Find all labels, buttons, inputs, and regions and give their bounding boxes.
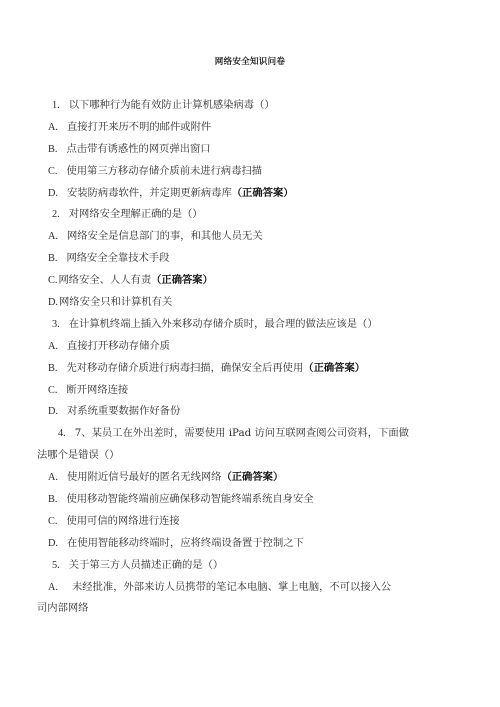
question-number: 4. xyxy=(58,423,66,445)
question-1-option-c: C.使用第三方移动存储介质前未进行病毒扫描 xyxy=(0,161,500,183)
option-text: 点击带有诱惑性的网页弹出窗口 xyxy=(66,143,210,155)
option-label: C. xyxy=(48,380,57,402)
question-4-continuation: 法哪个是错误（） xyxy=(0,445,500,467)
option-label: D. xyxy=(48,401,58,423)
question-number: 1. xyxy=(52,95,60,117)
option-label: C. xyxy=(48,511,57,533)
question-5: 5.关于第三方人员描述正确的是（） xyxy=(0,555,500,577)
question-text: 在计算机终端上插入外来移动存储介质时，最合理的做法应该是（） xyxy=(69,318,378,330)
question-4-option-c: C.使用可信的网络进行连接 xyxy=(0,511,500,533)
question-text-continued: 法哪个是错误（） xyxy=(37,449,119,461)
option-text: 使用附近信号最好的匿名无线网络 xyxy=(67,471,221,483)
question-1-option-a: A.直接打开来历不明的邮件或附件 xyxy=(0,117,500,139)
option-text: 在使用智能移动终端时，应将终端设备置于控制之下 xyxy=(67,537,304,549)
question-4-option-b: B.使用移动智能终端前应确保移动智能终端系统自身安全 xyxy=(0,489,500,511)
option-label: A. xyxy=(48,467,58,489)
correct-answer-mark: （正确答案） xyxy=(303,362,365,374)
question-5-option-a: A.未经批准，外部来访人员携带的笔记本电脑、掌上电脑，不可以接入公 xyxy=(0,577,500,599)
option-text: 使用第三方移动存储介质前未进行病毒扫描 xyxy=(66,165,262,177)
option-label: D. xyxy=(48,533,58,555)
question-text: 7、某员工在外出差时，需要使用 iPad 访问互联网查阅公司资料，下面做 xyxy=(75,427,409,439)
option-label: B. xyxy=(48,248,57,270)
option-label: A. xyxy=(48,117,58,139)
option-text-continued: 司内部网络 xyxy=(37,602,88,614)
question-number: 5. xyxy=(52,555,60,577)
document-title: 网络安全知识问卷 xyxy=(0,55,500,67)
question-3-option-c: C.断开网络连接 xyxy=(0,380,500,402)
option-text: 直接打开来历不明的邮件或附件 xyxy=(67,121,211,133)
option-label: A. xyxy=(48,226,58,248)
option-label: B. xyxy=(48,139,57,161)
option-text: 直接打开移动存储介质 xyxy=(67,340,170,352)
option-text: 安装防病毒软件，并定期更新病毒库 xyxy=(67,187,232,199)
option-label: C. xyxy=(48,161,57,183)
questionnaire-body: 1.以下哪种行为能有效防止计算机感染病毒（） A.直接打开来历不明的邮件或附件 … xyxy=(0,95,500,620)
option-text: 未经批准，外部来访人员携带的笔记本电脑、掌上电脑，不可以接入公 xyxy=(72,581,391,593)
question-2-option-d: D.网络安全只和计算机有关 xyxy=(0,292,500,314)
question-1-option-b: B.点击带有诱惑性的网页弹出窗口 xyxy=(0,139,500,161)
question-4: 4.7、某员工在外出差时，需要使用 iPad 访问互联网查阅公司资料，下面做 xyxy=(0,423,500,445)
option-text: 对系统重要数据作好备份 xyxy=(67,405,180,417)
option-label: C. xyxy=(48,270,57,292)
question-2-option-b: B.网络安全全靠技术手段 xyxy=(0,248,500,270)
option-label: A. xyxy=(48,336,58,358)
question-3: 3.在计算机终端上插入外来移动存储介质时，最合理的做法应该是（） xyxy=(0,314,500,336)
option-label: D. xyxy=(48,292,58,314)
correct-answer-mark: （正确答案） xyxy=(151,274,213,286)
option-text: 断开网络连接 xyxy=(66,384,128,396)
question-2: 2.对网络安全理解正确的是（） xyxy=(0,204,500,226)
option-label: B. xyxy=(48,358,57,380)
option-text: 使用可信的网络进行连接 xyxy=(66,515,179,527)
option-text: 先对移动存储介质进行病毒扫描，确保安全后再使用 xyxy=(66,362,303,374)
question-5-option-a-continuation: 司内部网络 xyxy=(0,598,500,620)
question-number: 3. xyxy=(52,314,60,336)
document-page: 网络安全知识问卷 1.以下哪种行为能有效防止计算机感染病毒（） A.直接打开来历… xyxy=(0,0,500,707)
question-2-option-a: A.网络安全是信息部门的事，和其他人员无关 xyxy=(0,226,500,248)
correct-answer-mark: （正确答案） xyxy=(232,187,294,199)
question-3-option-b: B.先对移动存储介质进行病毒扫描，确保安全后再使用（正确答案） xyxy=(0,358,500,380)
question-3-option-d: D.对系统重要数据作好备份 xyxy=(0,401,500,423)
option-label: A. xyxy=(48,577,58,599)
option-text: 网络安全全靠技术手段 xyxy=(66,252,169,264)
option-text: 网络安全是信息部门的事，和其他人员无关 xyxy=(67,230,263,242)
question-text: 关于第三方人员描述正确的是（） xyxy=(69,559,223,571)
option-label: D. xyxy=(48,183,58,205)
option-text: 网络安全、人人有责 xyxy=(58,274,151,286)
question-2-option-c: C.网络安全、人人有责（正确答案） xyxy=(0,270,500,292)
option-text: 网络安全只和计算机有关 xyxy=(59,296,172,308)
question-4-option-a: A.使用附近信号最好的匿名无线网络（正确答案） xyxy=(0,467,500,489)
question-3-option-a: A.直接打开移动存储介质 xyxy=(0,336,500,358)
option-text: 使用移动智能终端前应确保移动智能终端系统自身安全 xyxy=(66,493,313,505)
question-4-option-d: D.在使用智能移动终端时，应将终端设备置于控制之下 xyxy=(0,533,500,555)
question-1: 1.以下哪种行为能有效防止计算机感染病毒（） xyxy=(0,95,500,117)
question-1-option-d: D.安装防病毒软件，并定期更新病毒库（正确答案） xyxy=(0,183,500,205)
question-text: 以下哪种行为能有效防止计算机感染病毒（） xyxy=(69,99,275,111)
option-label: B. xyxy=(48,489,57,511)
question-number: 2. xyxy=(52,204,60,226)
question-text: 对网络安全理解正确的是（） xyxy=(69,208,203,220)
correct-answer-mark: （正确答案） xyxy=(221,471,283,483)
